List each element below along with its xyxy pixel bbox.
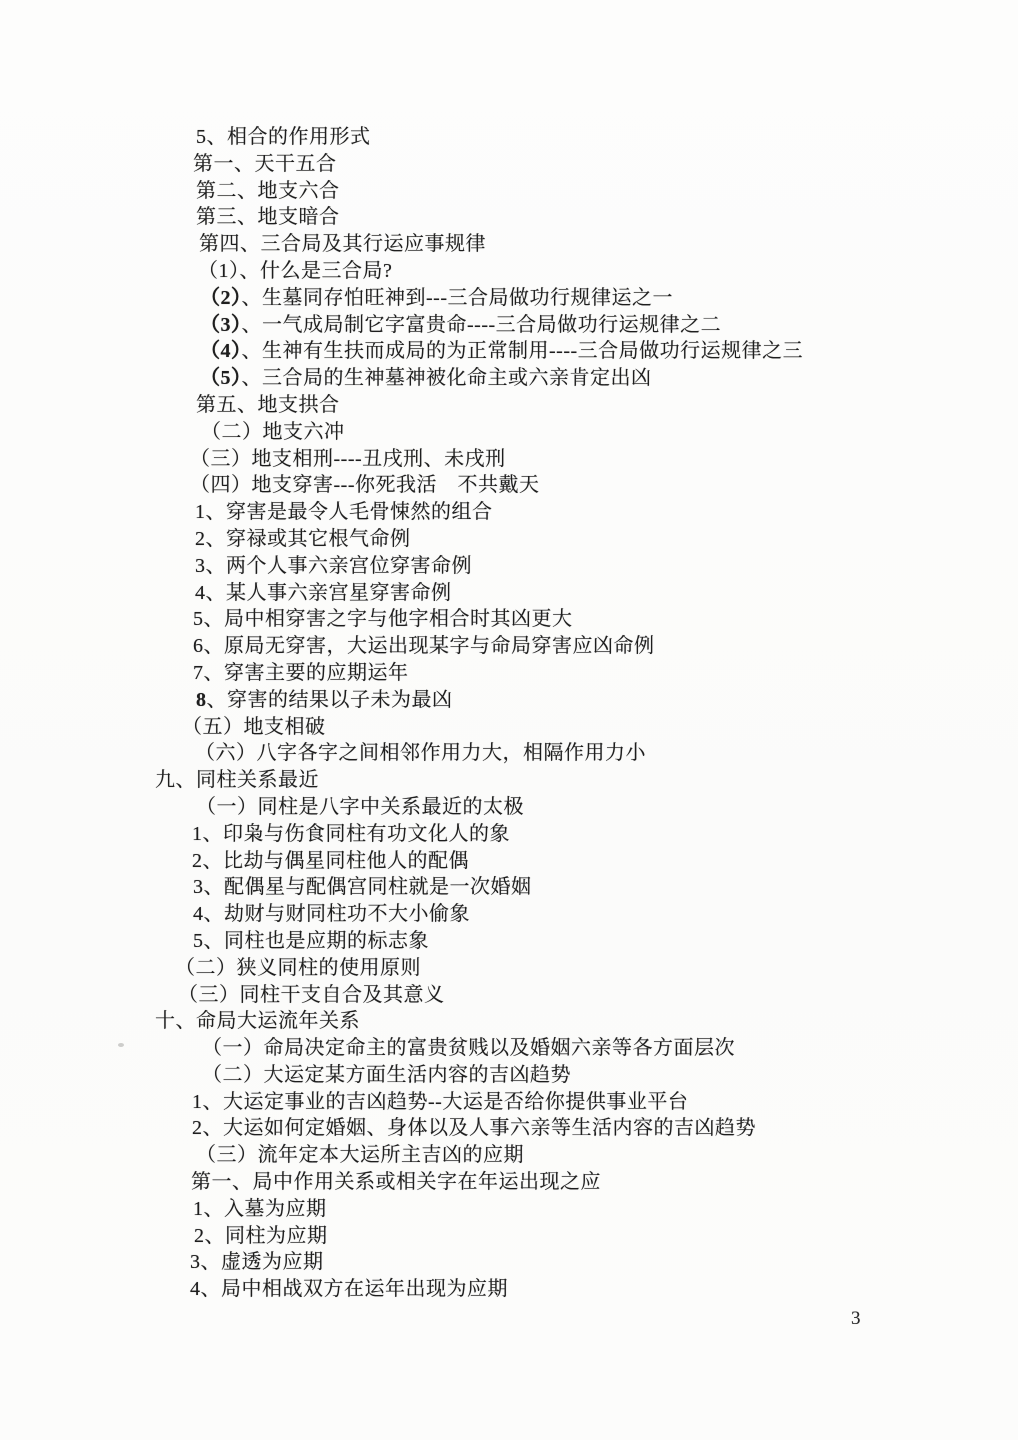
toc-line: 8、穿害的结果以子未为最凶 — [0, 687, 1018, 714]
toc-line: （五）地支相破 — [0, 714, 1018, 741]
toc-line-text: 5、相合的作用形式 — [196, 126, 371, 148]
toc-line: 第四、三合局及其行运应事规律 — [0, 231, 1018, 258]
toc-line: （4）、生神有生扶而成局的为正常制用----三合局做功行运规律之三 — [0, 338, 1018, 365]
toc-line-text: （二）地支六冲 — [201, 421, 345, 443]
toc-line: （一）命局决定命主的富贵贫贱以及婚姻六亲等各方面层次 — [0, 1035, 1018, 1062]
toc-line: 1、入墓为应期 — [0, 1196, 1018, 1223]
toc-line: 3、虚透为应期 — [0, 1249, 1018, 1276]
toc-line: （四）地支穿害---你死我活 不共戴天 — [0, 472, 1018, 499]
toc-line: 3、配偶星与配偶宫同柱就是一次婚姻 — [0, 874, 1018, 901]
toc-line: 九、同柱关系最近 — [0, 767, 1018, 794]
toc-line-text: 1、入墓为应期 — [193, 1198, 327, 1220]
toc-line: 6、原局无穿害，大运出现某字与命局穿害应凶命例 — [0, 633, 1018, 660]
toc-line-text: （三）地支相刑----丑戌刑、未戌刑 — [190, 448, 506, 470]
toc-line: （三）同柱干支自合及其意义 — [0, 982, 1018, 1009]
toc-line-text: 4、局中相战双方在运年出现为应期 — [190, 1278, 508, 1300]
toc-line: 5、同柱也是应期的标志象 — [0, 928, 1018, 955]
toc-line-text: （三）同柱干支自合及其意义 — [178, 984, 445, 1006]
toc-line: 第五、地支拱合 — [0, 392, 1018, 419]
toc-line-text: （二）大运定某方面生活内容的吉凶趋势 — [202, 1064, 571, 1086]
toc-line: 7、穿害主要的应期运年 — [0, 660, 1018, 687]
toc-line: 第一、天干五合 — [0, 151, 1018, 178]
toc-line: （5）、三合局的生神墓神被化命主或六亲肯定出凶 — [0, 365, 1018, 392]
toc-line-text: 第一、天干五合 — [193, 153, 337, 175]
toc-line: 1、大运定事业的吉凶趋势--大运是否给你提供事业平台 — [0, 1089, 1018, 1116]
toc-line: 4、某人事六亲宫星穿害命例 — [0, 580, 1018, 607]
toc-line: 十、命局大运流年关系 — [0, 1008, 1018, 1035]
toc-line: 3、两个人事六亲宫位穿害命例 — [0, 553, 1018, 580]
toc-line-text: （一）同柱是八字中关系最近的太极 — [196, 796, 524, 818]
toc-line: （二）狭义同柱的使用原则 — [0, 955, 1018, 982]
toc-line: 第二、地支六合 — [0, 178, 1018, 205]
toc-line: 5、局中相穿害之字与他字相合时其凶更大 — [0, 606, 1018, 633]
toc-line-text: 第五、地支拱合 — [196, 394, 340, 416]
toc-line: 2、同柱为应期 — [0, 1223, 1018, 1250]
toc-line: （一）同柱是八字中关系最近的太极 — [0, 794, 1018, 821]
toc-line-text: 1、穿害是最令人毛骨悚然的组合 — [195, 501, 493, 523]
toc-line-bold-number: （4） — [200, 340, 242, 362]
toc-line-text: 2、穿禄或其它根气命例 — [195, 528, 411, 550]
toc-line-text: 第二、地支六合 — [196, 180, 340, 202]
toc-line: （二）大运定某方面生活内容的吉凶趋势 — [0, 1062, 1018, 1089]
toc-line: 2、穿禄或其它根气命例 — [0, 526, 1018, 553]
toc-line-text: 、穿害的结果以子未为最凶 — [207, 689, 453, 711]
toc-line: （1）、什么是三合局? — [0, 258, 1018, 285]
toc-line-text: 7、穿害主要的应期运年 — [193, 662, 409, 684]
toc-line: 2、大运如何定婚姻、身体以及人事六亲等生活内容的吉凶趋势 — [0, 1115, 1018, 1142]
page-number: 3 — [851, 1308, 861, 1330]
toc-line: 4、劫财与财同柱功不大小偷象 — [0, 901, 1018, 928]
toc-line-text: 3、虚透为应期 — [190, 1251, 324, 1273]
document-page: 5、相合的作用形式第一、天干五合第二、地支六合第三、地支暗合第四、三合局及其行运… — [0, 0, 1018, 1440]
toc-line-text: 5、同柱也是应期的标志象 — [193, 930, 429, 952]
toc-line: 第三、地支暗合 — [0, 204, 1018, 231]
toc-line-text: 1、大运定事业的吉凶趋势--大运是否给你提供事业平台 — [192, 1091, 688, 1113]
toc-line-bold-number: （3） — [200, 314, 242, 336]
toc-line-text: （四）地支穿害---你死我活 不共戴天 — [190, 474, 539, 496]
toc-line: （三）流年定本大运所主吉凶的应期 — [0, 1142, 1018, 1169]
toc-line: （二）地支六冲 — [0, 419, 1018, 446]
toc-line: （3）、一气成局制它字富贵命----三合局做功行运规律之二 — [0, 312, 1018, 339]
toc-line-text: 4、劫财与财同柱功不大小偷象 — [193, 903, 470, 925]
toc-line: 1、穿害是最令人毛骨悚然的组合 — [0, 499, 1018, 526]
toc-line-text: 第三、地支暗合 — [196, 206, 340, 228]
toc-line-text: 、一气成局制它字富贵命----三合局做功行运规律之二 — [242, 314, 722, 336]
toc-line-text: （三）流年定本大运所主吉凶的应期 — [196, 1144, 524, 1166]
toc-line-bold-number: 8 — [196, 689, 207, 711]
toc-line: 1、印枭与伤食同柱有功文化人的象 — [0, 821, 1018, 848]
toc-line-text: 3、两个人事六亲宫位穿害命例 — [195, 555, 472, 577]
toc-line: 第一、局中作用关系或相关字在年运出现之应 — [0, 1169, 1018, 1196]
toc-line-text: 2、比劫与偶星同柱他人的配偶 — [192, 850, 469, 872]
toc-line-text: （1）、什么是三合局? — [198, 260, 392, 282]
toc-line-text: 3、配偶星与配偶宫同柱就是一次婚姻 — [193, 876, 532, 898]
toc-line-text: 6、原局无穿害，大运出现某字与命局穿害应凶命例 — [193, 635, 655, 657]
toc-line: （2）、生墓同存怕旺神到---三合局做功行规律运之一 — [0, 285, 1018, 312]
toc-line-text: 、生墓同存怕旺神到---三合局做功行规律运之一 — [242, 287, 673, 309]
scan-speck — [118, 1043, 124, 1047]
toc-line-bold-number: （2） — [200, 287, 242, 309]
toc-line-text: （二）狭义同柱的使用原则 — [175, 957, 421, 979]
toc-line-text: 九、同柱关系最近 — [155, 769, 319, 791]
toc-line-text: （一）命局决定命主的富贵贫贱以及婚姻六亲等各方面层次 — [202, 1037, 735, 1059]
toc-line: 2、比劫与偶星同柱他人的配偶 — [0, 848, 1018, 875]
toc-line-bold-number: （5） — [200, 367, 242, 389]
toc-line: （六）八字各字之间相邻作用力大，相隔作用力小 — [0, 740, 1018, 767]
toc-line-text: 第一、局中作用关系或相关字在年运出现之应 — [191, 1171, 601, 1193]
toc-line: 5、相合的作用形式 — [0, 124, 1018, 151]
toc-line-text: 2、大运如何定婚姻、身体以及人事六亲等生活内容的吉凶趋势 — [192, 1117, 756, 1139]
toc-line-text: 1、印枭与伤食同柱有功文化人的象 — [192, 823, 510, 845]
toc-line-text: 、生神有生扶而成局的为正常制用----三合局做功行运规律之三 — [242, 340, 804, 362]
toc-line-text: 、三合局的生神墓神被化命主或六亲肯定出凶 — [242, 367, 652, 389]
toc-line-text: 4、某人事六亲宫星穿害命例 — [195, 582, 452, 604]
toc-line-text: （五）地支相破 — [182, 716, 326, 738]
toc-line-text: 第四、三合局及其行运应事规律 — [199, 233, 486, 255]
toc-line: （三）地支相刑----丑戌刑、未戌刑 — [0, 446, 1018, 473]
toc-line-text: 十、命局大运流年关系 — [155, 1010, 360, 1032]
table-of-contents: 5、相合的作用形式第一、天干五合第二、地支六合第三、地支暗合第四、三合局及其行运… — [0, 124, 1018, 1303]
toc-line-text: （六）八字各字之间相邻作用力大，相隔作用力小 — [195, 742, 646, 764]
toc-line: 4、局中相战双方在运年出现为应期 — [0, 1276, 1018, 1303]
toc-line-text: 2、同柱为应期 — [194, 1225, 328, 1247]
toc-line-text: 5、局中相穿害之字与他字相合时其凶更大 — [193, 608, 573, 630]
